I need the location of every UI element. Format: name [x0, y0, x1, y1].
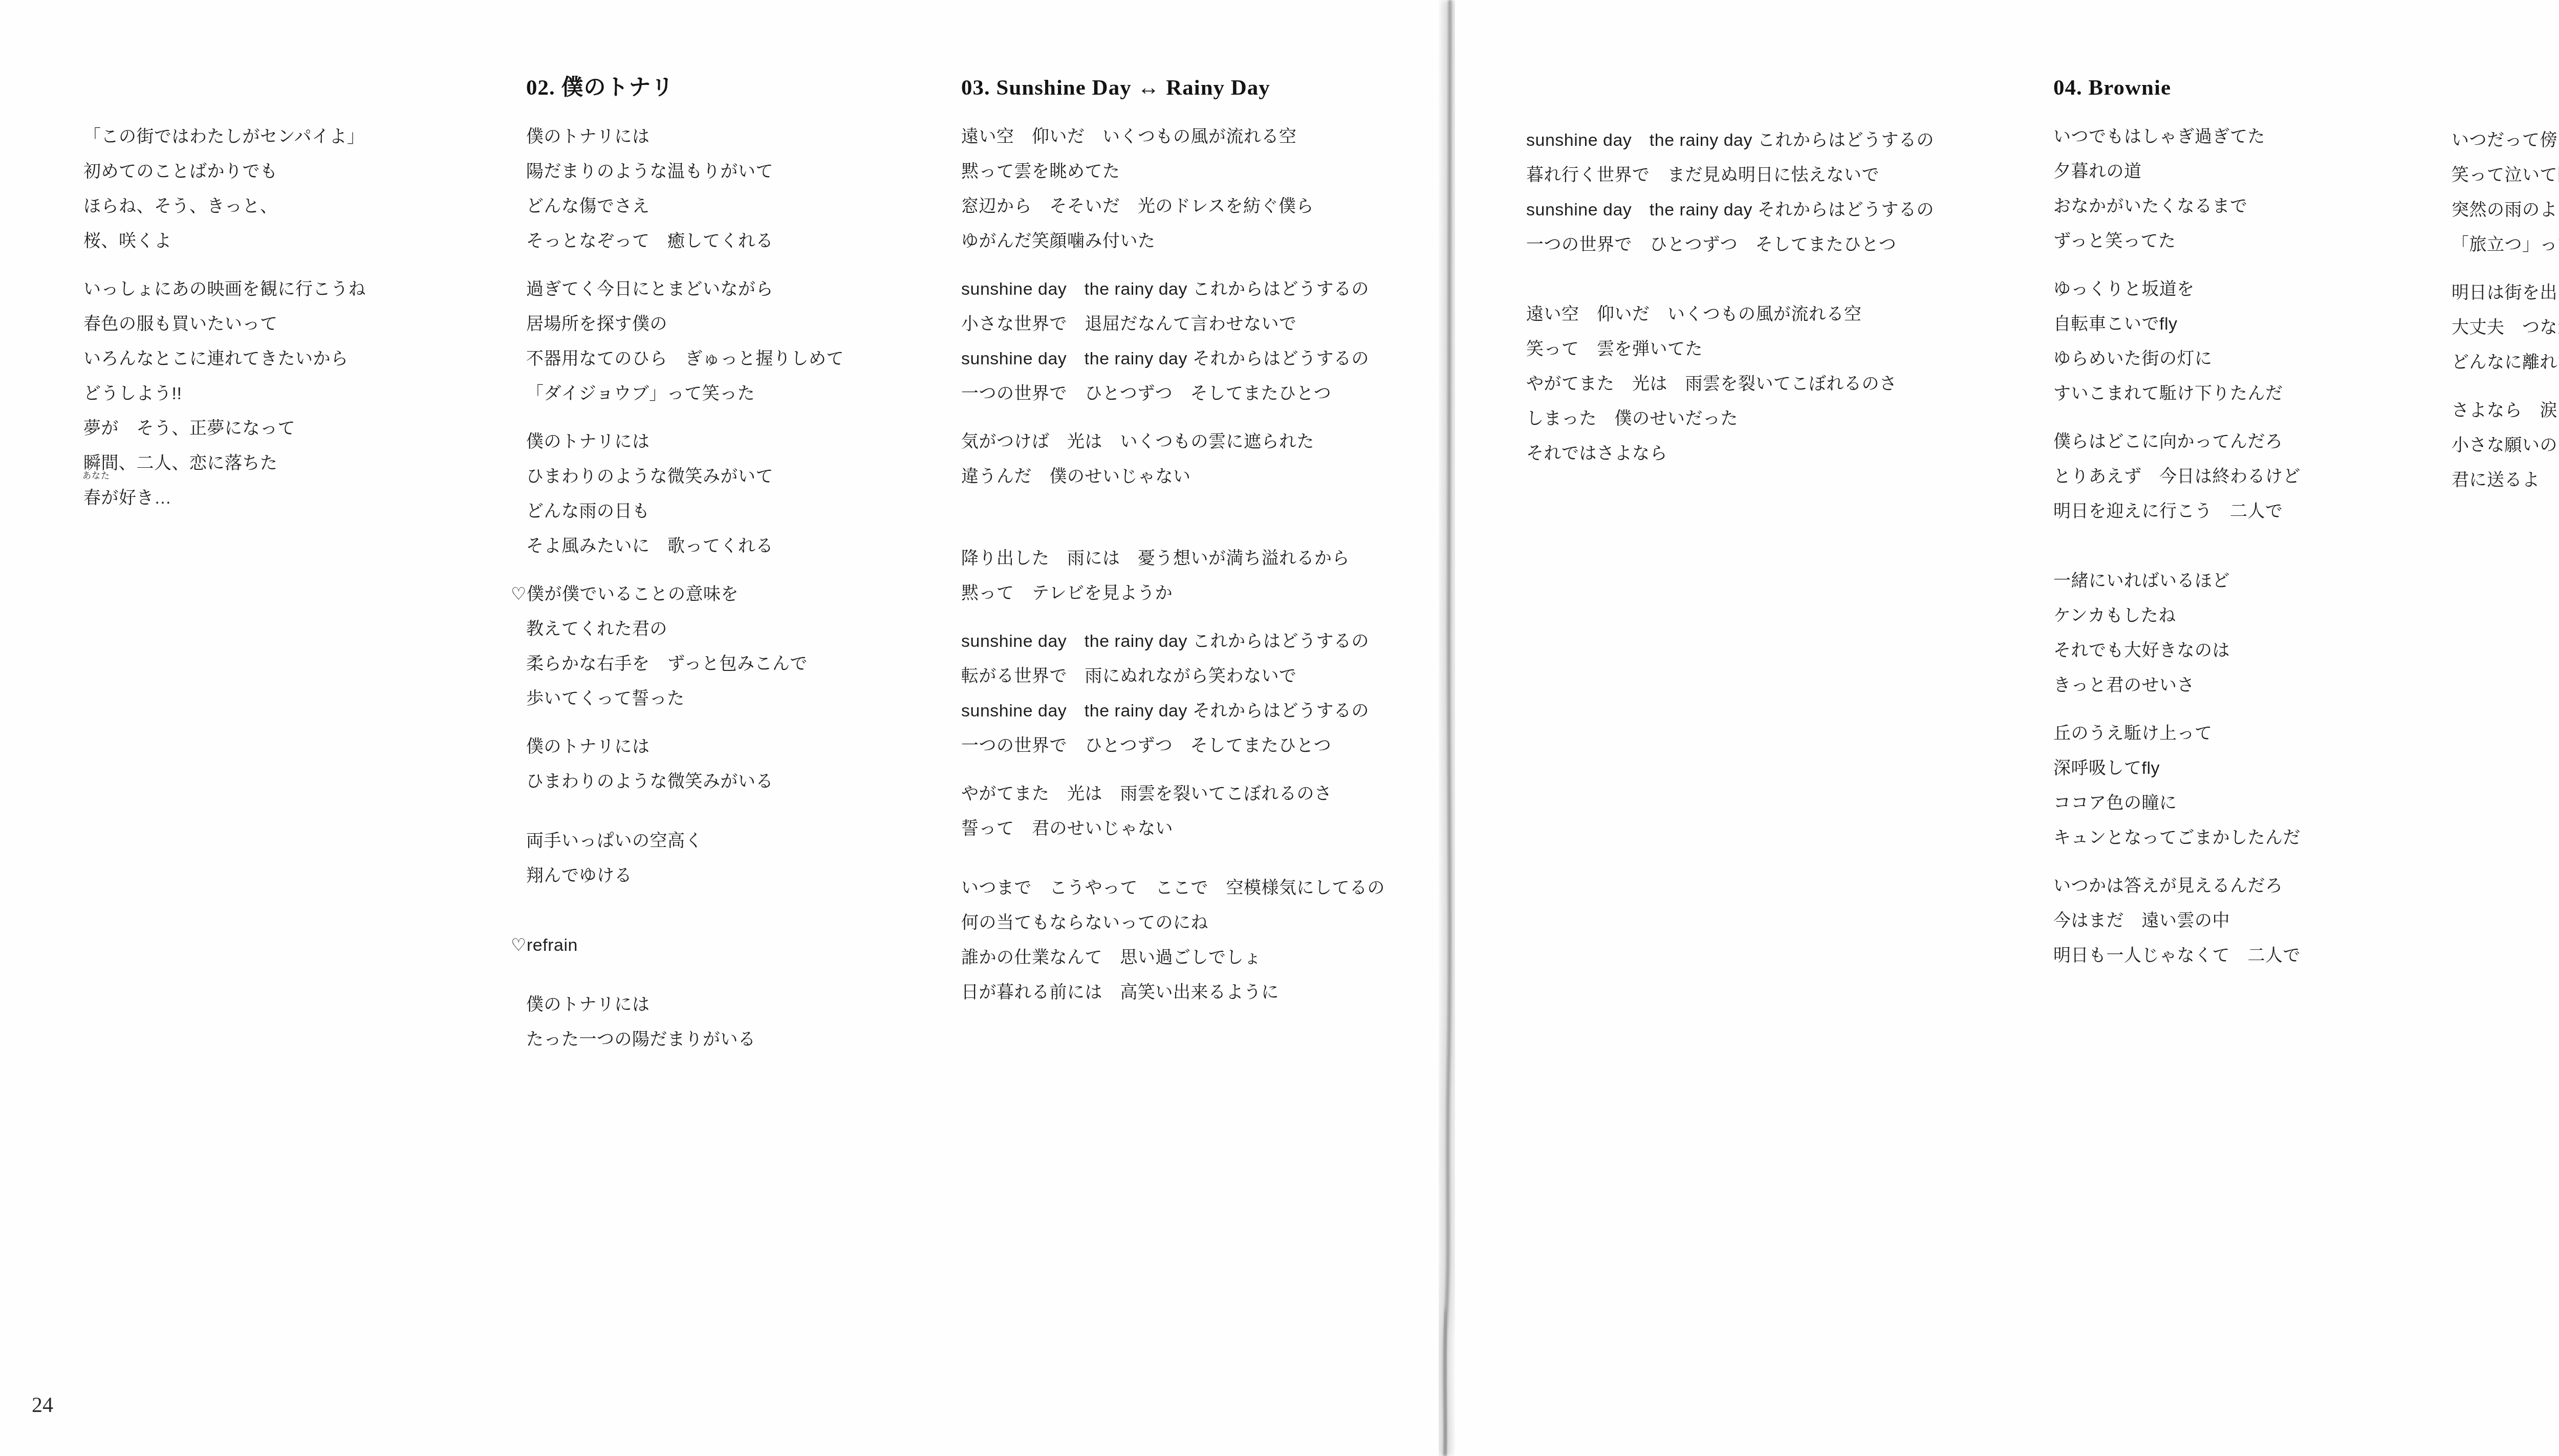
lyric-line: 春色の服も買いたいって: [83, 307, 366, 341]
stanza: 僕のトナリには 陽だまりのような温もりがいて どんな傷でさえ そっとなぞって 癒…: [526, 119, 844, 258]
lyrics-column-2: 02. 僕のトナリ 僕のトナリには 陽だまりのような温もりがいて どんな傷でさえ…: [526, 75, 844, 1057]
lyric-line: 教えてくれた君の: [526, 612, 844, 646]
stanza: 遠い空 仰いだ いくつもの風が流れる空 黙って雲を眺めてた 窓辺から そそいだ …: [961, 119, 1385, 258]
lyric-line: 深呼吸してfly: [2053, 751, 2301, 786]
stanza: ゆっくりと坂道を 自転車こいでfly ゆらめいた街の灯に すいこまれて駈け下りた…: [2053, 272, 2301, 411]
page-number-left: 24: [32, 1393, 53, 1418]
ruby-kanji: 春: [83, 488, 101, 508]
lyric-line: 転がる世界で 雨にぬれながら笑わないで: [961, 659, 1385, 693]
lyric-line: 笑って泣いて陽は昇る: [2452, 158, 2559, 192]
lyric-line: そよ風みたいに 歌ってくれる: [526, 529, 844, 563]
stanza: 降り出した 雨には 憂う想いが満ち溢れるから 黙って テレビを見ようか: [961, 541, 1385, 611]
stanza: いっしょにあの映画を観に行こうね 春色の服も買いたいって いろんなとこに連れてき…: [83, 272, 366, 515]
stanza: いつかは答えが見えるんだろ 今はまだ 遠い雲の中 明日も一人じゃなくて 二人で: [2053, 868, 2301, 973]
stanza: さよなら 涙ひとつぶポケットの中 小さな願いのかけら 君に送るよ: [2452, 393, 2559, 497]
lyric-line: 窓辺から そそいだ 光のドレスを紡ぐ僕ら: [961, 189, 1385, 224]
song-title-02: 02. 僕のトナリ: [526, 75, 844, 101]
lyric-line: 僕のトナリには: [526, 424, 844, 459]
stanza: 気がつけば 光は いくつもの雲に遮られた 違うんだ 僕のせいじゃない: [961, 424, 1385, 494]
lyrics-column-3: 03. Sunshine Day ↔ Rainy Day 遠い空 仰いだ いくつ…: [961, 75, 1385, 1010]
lyric-line-with-furigana: あなた春が好き…: [83, 481, 366, 515]
lyric-line: 今はまだ 遠い雲の中: [2053, 903, 2301, 938]
lyric-line: いつかは答えが見えるんだろ: [2053, 868, 2301, 903]
stanza: 両手いっぱいの空高く 翔んでゆける: [526, 823, 844, 893]
lyric-line: ココア色の瞳に: [2053, 786, 2301, 820]
lyric-line: ほらね、そう、きっと、: [83, 189, 366, 224]
stanza: 一緒にいればいるほど ケンカもしたね それでも大好きなのは きっと君のせいさ: [2053, 563, 2301, 703]
lyric-line: ゆらめいた街の灯に: [2053, 341, 2301, 376]
stanza: 僕らはどこに向かってんだろ とりあえず 今日は終わるけど 明日を迎えに行こう 二…: [2053, 424, 2301, 529]
lyric-line: 一つの世界で ひとつずつ そしてまたひとつ: [1526, 227, 1934, 262]
lyric-line: 明日を迎えに行こう 二人で: [2053, 494, 2301, 529]
lyric-line: 気がつけば 光は いくつもの雲に遮られた: [961, 424, 1385, 459]
lyric-line: それでも大好きなのは: [2053, 633, 2301, 668]
lyric-line: 「旅立つ」って 嘘と言って…: [2452, 227, 2559, 262]
lyric-line: 小さな願いのかけら: [2452, 428, 2559, 463]
stanza: sunshine day the rainy day これからはどうするの 暮れ…: [1526, 123, 1934, 262]
page-fold-shadow: [1418, 0, 1484, 1456]
stanza: 僕のトナリには たった一つの陽だまりがいる: [526, 987, 844, 1057]
lyric-line: ゆっくりと坂道を: [2053, 272, 2301, 307]
lyric-line: きっと君のせいさ: [2053, 668, 2301, 703]
lyric-line: やがてまた 光は 雨雲を裂いてこぼれるのさ: [961, 776, 1385, 811]
stanza: 過ぎてく今日にとまどいながら 居場所を探す僕の 不器用なてのひら ぎゅっと握りし…: [526, 272, 844, 411]
lyric-line: 両手いっぱいの空高く: [526, 823, 844, 858]
lyric-line: そっとなぞって 癒してくれる: [526, 224, 844, 258]
lyric-line: ゆがんだ笑顔噛み付いた: [961, 224, 1385, 258]
lyric-line: 丘のうえ駈け上って: [2053, 716, 2301, 751]
lyric-line: どんなに離れていても 二人は: [2452, 345, 2559, 380]
lyric-line: 陽だまりのような温もりがいて: [526, 154, 844, 189]
stanza: 遠い空 仰いだ いくつもの風が流れる空 笑って 雲を弾いてた やがてまた 光は …: [1526, 297, 1934, 471]
stanza-refrain: ♡refrain: [526, 928, 844, 963]
lyric-line: sunshine day the rainy day これからはどうするの: [961, 624, 1385, 659]
lyric-line: 明日も一人じゃなくて 二人で: [2053, 938, 2301, 973]
lyric-line: 一つの世界で ひとつずつ そしてまたひとつ: [961, 376, 1385, 411]
lyric-line: 暮れ行く世界で まだ見ぬ明日に怯えないで: [1526, 158, 1934, 192]
lyric-line: ケンカもしたね: [2053, 598, 2301, 633]
lyric-line: 歩いてくって誓った: [526, 681, 844, 716]
lyric-line: とりあえず 今日は終わるけど: [2053, 459, 2301, 494]
lyric-line: どんな傷でさえ: [526, 189, 844, 224]
lyric-line: 僕のトナリには: [526, 987, 844, 1022]
lyric-line: キュンとなってごまかしたんだ: [2053, 820, 2301, 855]
lyric-line: いろんなとこに連れてきたいから: [83, 341, 366, 376]
lyrics-column-1: 「この街ではわたしがセンパイよ」 初めてのことばかりでも ほらね、そう、きっと、…: [83, 119, 366, 515]
lyric-line: 降り出した 雨には 憂う想いが満ち溢れるから: [961, 541, 1385, 576]
stanza: sunshine day the rainy day これからはどうするの 小さ…: [961, 272, 1385, 411]
lyric-line: ひまわりのような微笑みがいて: [526, 459, 844, 494]
stanza: いつでもはしゃぎ過ぎてた 夕暮れの道 おなかがいたくなるまで ずっと笑ってた: [2053, 119, 2301, 258]
furigana: あなた: [82, 471, 110, 480]
stanza: 丘のうえ駈け上って 深呼吸してfly ココア色の瞳に キュンとなってごまかしたん…: [2053, 716, 2301, 855]
lyrics-column-6: いつだって傍にいて 笑って泣いて陽は昇る 突然の雨のように 「旅立つ」って 嘘と…: [2452, 123, 2559, 497]
lyric-line: 柔らかな右手を ずっと包みこんで: [526, 646, 844, 681]
lyric-line: どんな雨の日も: [526, 494, 844, 529]
stanza: ♡僕が僕でいることの意味を 教えてくれた君の 柔らかな右手を ずっと包みこんで …: [526, 577, 844, 716]
lyric-line: 日が暮れる前には 高笑い出来るように: [961, 975, 1385, 1010]
lyric-line: sunshine day the rainy day それからはどうするの: [961, 693, 1385, 728]
lyric-line: 明日は街を出ちゃうんだろ: [2452, 275, 2559, 310]
lyric-line: sunshine day the rainy day それからはどうするの: [961, 341, 1385, 376]
stanza: いつだって傍にいて 笑って泣いて陽は昇る 突然の雨のように 「旅立つ」って 嘘と…: [2452, 123, 2559, 262]
lyric-line-refrain: ♡refrain: [511, 928, 844, 963]
lyric-line: 過ぎてく今日にとまどいながら: [526, 272, 844, 307]
lyric-line: 誰かの仕業なんて 思い過ごしでしょ: [961, 940, 1385, 975]
lyric-line: 夢が そう、正夢になって: [83, 411, 366, 446]
lyric-line-heart: ♡僕が僕でいることの意味を: [511, 577, 844, 612]
stanza: 「この街ではわたしがセンパイよ」 初めてのことばかりでも ほらね、そう、きっと、…: [83, 119, 366, 258]
stanza: 僕のトナリには ひまわりのような微笑みがいる: [526, 729, 844, 799]
lyrics-booklet-spread: 24 25 「この街ではわたしがセンパイよ」 初めてのことばかりでも ほらね、そ…: [0, 0, 2559, 1456]
lyric-line: ずっと笑ってた: [2053, 224, 2301, 258]
lyric-line: sunshine day the rainy day これからはどうするの: [1526, 123, 1934, 158]
lyric-line: 夕暮れの道: [2053, 154, 2301, 189]
lyric-line: 突然の雨のように: [2452, 192, 2559, 227]
lyric-line: 不器用なてのひら ぎゅっと握りしめて: [526, 341, 844, 376]
lyric-line: それではさよなら: [1526, 436, 1934, 471]
lyric-line: おなかがいたくなるまで: [2053, 189, 2301, 224]
lyric-line: 僕のトナリには: [526, 119, 844, 154]
stanza: 明日は街を出ちゃうんだろ 大丈夫 つながってるよね どんなに離れていても 二人は: [2452, 275, 2559, 380]
lyric-line: 初めてのことばかりでも: [83, 154, 366, 189]
lyric-line: 違うんだ 僕のせいじゃない: [961, 459, 1385, 494]
lyric-line: ひまわりのような微笑みがいる: [526, 764, 844, 799]
stanza: やがてまた 光は 雨雲を裂いてこぼれるのさ 誓って 君のせいじゃない: [961, 776, 1385, 846]
lyric-line: 桜、咲くよ: [83, 224, 366, 258]
lyric-line: 一緒にいればいるほど: [2053, 563, 2301, 598]
lyric-line: いっしょにあの映画を観に行こうね: [83, 272, 366, 307]
lyric-line: 小さな世界で 退屈だなんて言わせないで: [961, 307, 1385, 341]
song-title-04: 04. Brownie: [2053, 75, 2301, 101]
lyric-line: 「ダイジョウブ」って笑った: [526, 376, 844, 411]
lyric-line: すいこまれて駈け下りたんだ: [2053, 376, 2301, 411]
lyric-line: 何の当てもならないってのにね: [961, 905, 1385, 940]
lyric-line: やがてまた 光は 雨雲を裂いてこぼれるのさ: [1526, 366, 1934, 401]
lyric-line: いつまで こうやって ここで 空模様気にしてるの: [961, 871, 1385, 905]
lyric-line: 一つの世界で ひとつずつ そしてまたひとつ: [961, 728, 1385, 763]
lyric-line: 遠い空 仰いだ いくつもの風が流れる空: [1526, 297, 1934, 332]
lyric-line: たった一つの陽だまりがいる: [526, 1022, 844, 1057]
lyric-line: sunshine day the rainy day それからはどうするの: [1526, 192, 1934, 227]
lyric-line: 君に送るよ: [2452, 463, 2559, 497]
ruby-base: あなた春: [83, 481, 101, 515]
lyric-line: 笑って 雲を弾いてた: [1526, 332, 1934, 366]
stanza: いつまで こうやって ここで 空模様気にしてるの 何の当てもならないってのにね …: [961, 871, 1385, 1010]
lyric-line: さよなら 涙ひとつぶポケットの中: [2452, 393, 2559, 428]
lyric-line: sunshine day the rainy day これからはどうするの: [961, 272, 1385, 307]
lyric-line: 大丈夫 つながってるよね: [2452, 310, 2559, 345]
lyric-line: 誓って 君のせいじゃない: [961, 811, 1385, 846]
song-title-03: 03. Sunshine Day ↔ Rainy Day: [961, 75, 1385, 101]
lyric-line: 瞬間、二人、恋に落ちた: [83, 446, 366, 481]
lyric-line: どうしよう!!: [83, 376, 366, 411]
stanza: sunshine day the rainy day これからはどうするの 転が…: [961, 624, 1385, 763]
lyric-line: いつでもはしゃぎ過ぎてた: [2053, 119, 2301, 154]
lyric-line: いつだって傍にいて: [2452, 123, 2559, 158]
lyric-line: 翔んでゆける: [526, 858, 844, 893]
lyric-line: 僕らはどこに向かってんだろ: [2053, 424, 2301, 459]
lyric-line: 「この街ではわたしがセンパイよ」: [83, 119, 366, 154]
lyric-line: 僕のトナリには: [526, 729, 844, 764]
lyric-line: 黙って雲を眺めてた: [961, 154, 1385, 189]
lyric-line: 遠い空 仰いだ いくつもの風が流れる空: [961, 119, 1385, 154]
lyric-line: 居場所を探す僕の: [526, 307, 844, 341]
lyrics-column-4: sunshine day the rainy day これからはどうするの 暮れ…: [1526, 123, 1934, 471]
lyric-line: 自転車こいでfly: [2053, 307, 2301, 341]
lyric-line: しまった 僕のせいだった: [1526, 401, 1934, 436]
stanza: 僕のトナリには ひまわりのような微笑みがいて どんな雨の日も そよ風みたいに 歌…: [526, 424, 844, 563]
lyrics-column-5: 04. Brownie いつでもはしゃぎ過ぎてた 夕暮れの道 おなかがいたくなる…: [2053, 75, 2301, 973]
lyric-line: 黙って テレビを見ようか: [961, 576, 1385, 611]
lyric-line-rest: が好き…: [101, 488, 172, 508]
